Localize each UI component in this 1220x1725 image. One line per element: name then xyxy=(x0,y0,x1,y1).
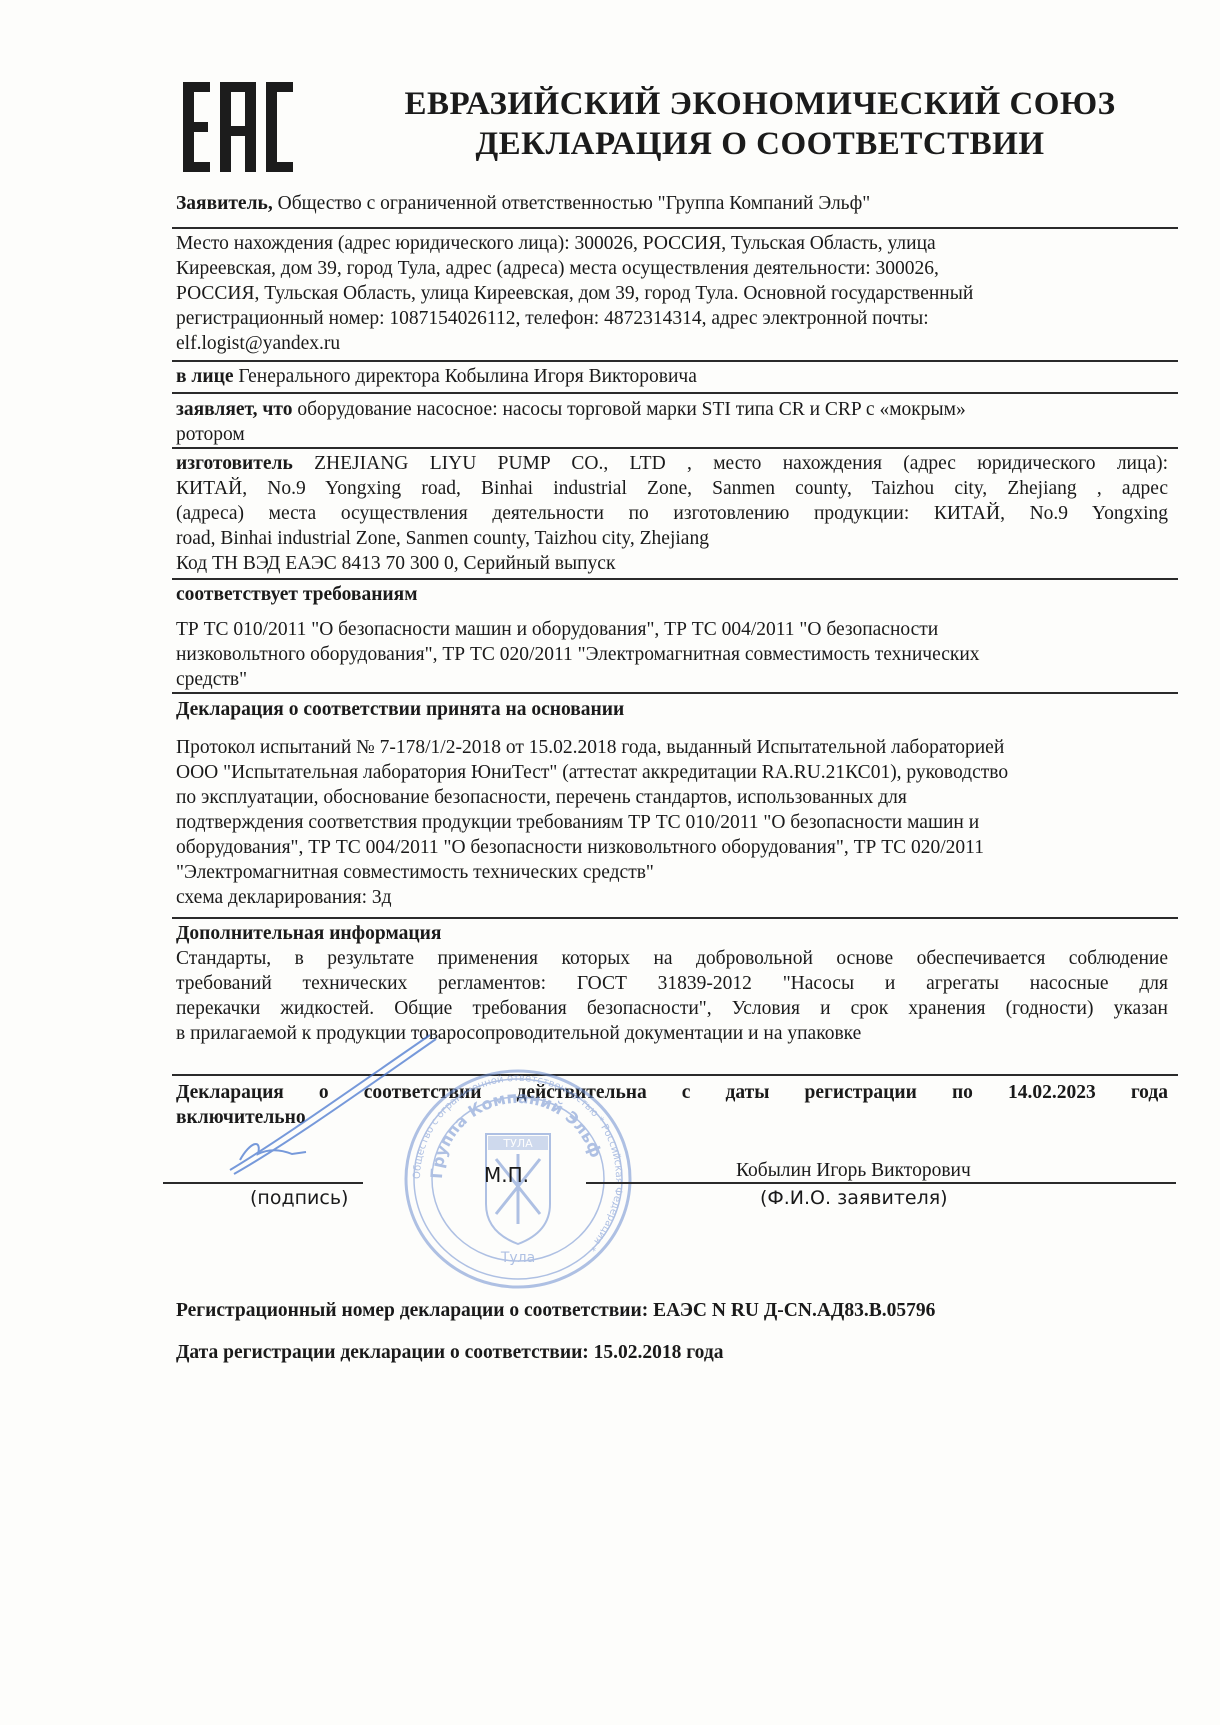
basis-line: Протокол испытаний № 7-178/1/2-2018 от 1… xyxy=(176,735,1172,760)
basis-line: ООО "Испытательная лаборатория ЮниТест" … xyxy=(176,760,1172,785)
svg-text:Тула: Тула xyxy=(500,1250,535,1266)
requirements-line: средств" xyxy=(176,667,1172,692)
svg-text:ТУЛА: ТУЛА xyxy=(502,1137,533,1150)
divider xyxy=(172,578,1178,580)
manufacturer-line: ZHEJIANG LIYU PUMP CO., LTD , место нахо… xyxy=(293,453,1168,474)
represented-by-value: Генерального директора Кобылина Игоря Ви… xyxy=(233,366,696,387)
eac-logo-icon xyxy=(183,82,293,172)
registration-date: Дата регистрации декларации о соответств… xyxy=(176,1340,1172,1365)
manufacturer-label: изготовитель xyxy=(176,453,293,474)
applicant-address: Место нахождения (адрес юридического лиц… xyxy=(176,231,1172,356)
document-title: ЕВРАЗИЙСКИЙ ЭКОНОМИЧЕСКИЙ СОЮЗ ДЕКЛАРАЦИ… xyxy=(360,84,1160,164)
declares-line2: ротором xyxy=(176,422,1172,447)
declares-label: заявляет, что xyxy=(176,399,293,420)
hs-code: Код ТН ВЭД ЕАЭС 8413 70 300 0, Серийный … xyxy=(176,551,1168,576)
applicant-row: Заявитель, Общество с ограниченной ответ… xyxy=(176,191,1172,216)
applicant-label: Заявитель, xyxy=(176,193,273,214)
address-line: Место нахождения (адрес юридического лиц… xyxy=(176,231,1172,256)
address-line: Киреевская, дом 39, город Тула, адрес (а… xyxy=(176,256,1172,281)
divider xyxy=(172,392,1178,394)
represented-by-row: в лице Генерального директора Кобылина И… xyxy=(176,364,1172,389)
requirements-line: низковольтного оборудования", ТР ТС 020/… xyxy=(176,642,1172,667)
name-caption: (Ф.И.О. заявителя) xyxy=(760,1186,1060,1211)
basis-line: "Электромагнитная совместимость техничес… xyxy=(176,860,1172,885)
additional-heading: Дополнительная информация xyxy=(176,921,1172,946)
applicant-value: Общество с ограниченной ответственностью… xyxy=(273,193,870,214)
divider xyxy=(172,447,1178,449)
basis-line: оборудования", ТР ТС 004/2011 "О безопас… xyxy=(176,835,1172,860)
additional-line: перекачки жидкостей. Общие требования бе… xyxy=(176,996,1168,1021)
address-email: elf.logist@yandex.ru xyxy=(176,331,1172,356)
manufacturer-line: (адреса) места осуществления деятельност… xyxy=(176,501,1168,526)
requirements-heading: соответствует требованиям xyxy=(176,582,1172,607)
requirements-text: ТР ТС 010/2011 "О безопасности машин и о… xyxy=(176,617,1172,692)
signature-caption: (подпись) xyxy=(250,1186,450,1211)
represented-by-label: в лице xyxy=(176,366,233,387)
basis-heading: Декларация о соответствии принята на осн… xyxy=(176,697,1172,722)
basis-line: по эксплуатации, обоснование безопасност… xyxy=(176,785,1172,810)
manufacturer-line: КИТАЙ, No.9 Yongxing road, Binhai indust… xyxy=(176,476,1168,501)
title-declaration: ДЕКЛАРАЦИЯ О СООТВЕТСТВИИ xyxy=(360,124,1160,164)
divider xyxy=(172,692,1178,694)
manufacturer-line: road, Binhai industrial Zone, Sanmen cou… xyxy=(176,526,1168,551)
address-line: РОССИЯ, Тульская Область, улица Киреевск… xyxy=(176,281,1172,306)
address-line: регистрационный номер: 1087154026112, те… xyxy=(176,306,1172,331)
signature-icon xyxy=(210,1030,440,1180)
divider xyxy=(172,360,1178,362)
divider xyxy=(172,917,1178,919)
registration-number: Регистрационный номер декларации о соотв… xyxy=(176,1298,1172,1323)
declares-row: заявляет, что оборудование насосное: нас… xyxy=(176,397,1172,447)
manufacturer-block: изготовитель ZHEJIANG LIYU PUMP CO., LTD… xyxy=(176,451,1168,576)
additional-line: требований технических регламентов: ГОСТ… xyxy=(176,971,1168,996)
signature-line xyxy=(163,1182,363,1184)
additional-line: Стандарты, в результате применения котор… xyxy=(176,946,1168,971)
divider xyxy=(172,227,1178,229)
declares-value: оборудование насосное: насосы торговой м… xyxy=(293,399,966,420)
basis-text: Протокол испытаний № 7-178/1/2-2018 от 1… xyxy=(176,735,1172,910)
declaration-scheme: схема декларирования: 3д xyxy=(176,885,1172,910)
declaration-page: ЕВРАЗИЙСКИЙ ЭКОНОМИЧЕСКИЙ СОЮЗ ДЕКЛАРАЦИ… xyxy=(0,0,1220,1725)
applicant-name: Кобылин Игорь Викторович xyxy=(736,1158,1136,1183)
stamp-placeholder-label: М.П. xyxy=(484,1163,529,1187)
requirements-line: ТР ТС 010/2011 "О безопасности машин и о… xyxy=(176,617,1172,642)
title-union: ЕВРАЗИЙСКИЙ ЭКОНОМИЧЕСКИЙ СОЮЗ xyxy=(360,84,1160,124)
basis-line: подтверждения соответствия продукции тре… xyxy=(176,810,1172,835)
